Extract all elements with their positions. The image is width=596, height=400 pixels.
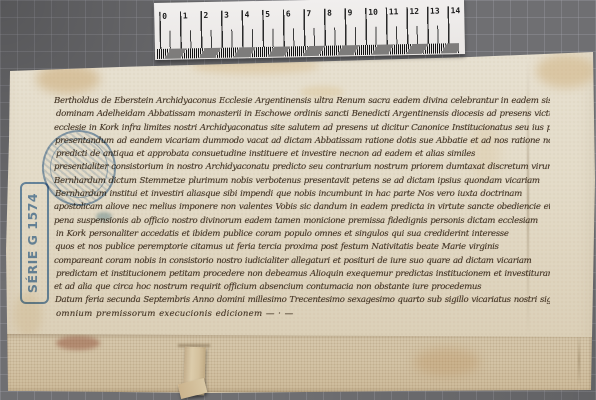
ruler-number: 0 <box>162 12 167 21</box>
archive-stamp: SÉRIE G 1574 <box>20 186 48 304</box>
manuscript-text: Bertholdus de Eberstein Archidyaconus Ec… <box>54 96 550 328</box>
manuscript-line: predictam et institucionem petitam proce… <box>56 269 550 282</box>
manuscript-line: presentialiter consistorium in nostro Ar… <box>54 162 550 175</box>
ruler-number: 9 <box>348 8 353 17</box>
manuscript-line: in Kork personaliter accedatis et ibidem… <box>56 229 550 242</box>
manuscript-line: presentandum ad eandem vicariam dummodo … <box>55 136 550 149</box>
manuscript-line: et ad alia que circa hoc nostrum requiri… <box>54 282 550 295</box>
ruler-number: 14 <box>451 6 461 15</box>
crease-line <box>578 333 580 387</box>
ink-smudge <box>96 212 112 221</box>
ruler-number: 6 <box>286 9 291 18</box>
parchment-fold <box>6 333 592 392</box>
ruler-number: 7 <box>306 9 311 18</box>
ruler-number: 12 <box>409 7 419 16</box>
manuscript-line: compareant coram nobis in consistorio no… <box>54 256 550 269</box>
ruler-number: 11 <box>389 7 399 16</box>
manuscript-line: ecclesie in Kork infra limites nostri Ar… <box>54 123 550 136</box>
manuscript-line: omnium premissorum execucionis edicionem… <box>56 309 550 322</box>
parchment-document: Bertholdus de Eberstein Archidyaconus Ec… <box>0 0 596 400</box>
stain <box>190 58 320 74</box>
ruler-number: 4 <box>245 10 250 19</box>
manuscript-line: dominam Adelheidam Abbatissam monasterii… <box>56 109 550 122</box>
stain <box>414 348 480 376</box>
stain <box>36 64 100 94</box>
archive-stamp-label: SÉRIE G 1574 <box>20 182 49 304</box>
stain <box>56 336 100 350</box>
manuscript-line: apostolicam aliove nec melius imponere n… <box>54 202 550 215</box>
ruler-number: 10 <box>368 8 378 17</box>
manuscript-line: Bernhardum institui et investiri aliasqu… <box>55 189 550 202</box>
manuscript-line: Bernhardum dictum Stemmetze plurimum nob… <box>54 176 550 189</box>
manuscript-line: predicti de antiqua et approbata consuet… <box>56 149 550 162</box>
ruler-number: 8 <box>327 9 332 18</box>
stain <box>536 54 596 88</box>
ruler-number: 1 <box>183 11 188 20</box>
manuscript-line: quos et nos publice peremptorie citamus … <box>55 242 550 255</box>
ruler-number: 5 <box>265 10 270 19</box>
measuring-ruler: 01234567891011121314 <box>154 0 465 60</box>
manuscript-line: pena suspensionis ab officio nostro divi… <box>54 216 550 229</box>
manuscript-line: Bertholdus de Eberstein Archidyaconus Ec… <box>54 96 550 109</box>
archival-photo-scene: Bertholdus de Eberstein Archidyaconus Ec… <box>0 0 596 400</box>
manuscript-line: Datum feria secunda Septembris Anno domi… <box>55 295 550 308</box>
ruler-number: 13 <box>430 7 440 16</box>
ruler-number: 3 <box>224 11 229 20</box>
ruler-numbers: 01234567891011121314 <box>154 0 464 3</box>
ruler-number: 2 <box>203 11 208 20</box>
